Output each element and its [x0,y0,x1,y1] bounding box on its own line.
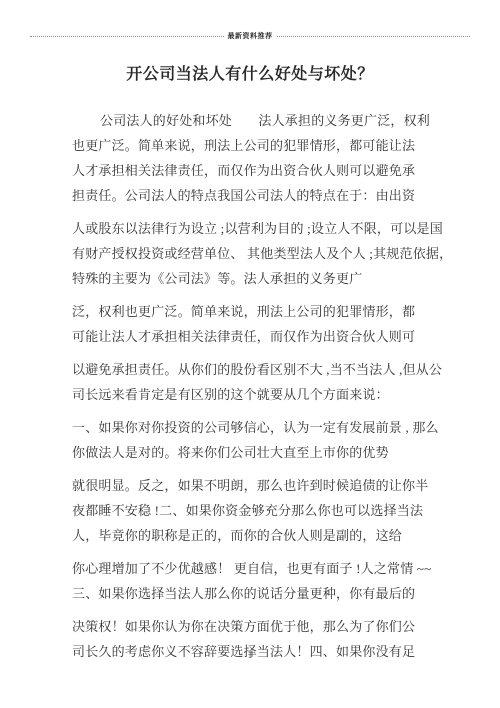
text-line: 就很明显。反之，如果不明朗，那么也许到时候追债的让你半 [72,473,438,498]
header-banner-label: 最新资料推荐 [224,31,277,41]
page-number: 1 [0,650,500,661]
text-line: 你做法人是对的。将来你们公司壮大直至上市你的优势 [72,440,438,465]
text-line: 有财产授权投资或经营单位、 其他类型法人及个人 ;其规范依据， [72,241,438,266]
document-title: 开公司当法人有什么好处与坏处？ [0,61,500,84]
paragraph: 泛，权利也更广泛。简单来说，刑法上公司的犯罪情形，都 可能让法人才承担相关法律责… [72,299,438,349]
header-banner: 最新资料推荐 [30,31,470,41]
text-line: 你心理增加了不少优越感！ 更自信，也更有面子 !人之常情 ~~ [72,556,438,581]
text-line: 司长远来看肯定是有区别的这个就要从几个方面来说： [72,382,438,407]
text-line: 人才承担相关法律责任，而仅作为出资合伙人则可以避免承 [72,158,438,183]
text-line: 决策权！如果你认为你在决策方面优于他，那么为了你们公 [72,614,438,639]
text-line: 担责任。公司法人的特点我国公司法人的特点在于：由出资 [72,183,438,208]
paragraph: 一、如果你对你投资的公司够信心，认为一定有发展前景 , 那么 你做法人是对的。将… [72,415,438,465]
dotted-rule-right [277,36,471,37]
paragraph: 人或股东以法律行为设立 ;以营利为目的 ;设立人不限，可以是国 有财产授权投资或… [72,216,438,291]
paragraph: 就很明显。反之，如果不明朗，那么也许到时候追债的让你半 夜都睡不安稳 !二、如果… [72,473,438,548]
text-line: 三、如果你选择当法人那么你的说话分量更种，你有最后的 [72,581,438,606]
paragraph: 公司法人的好处和坏处 法人承担的义务更广泛，权利 也更广泛。简单来说，刑法上公司… [72,108,438,208]
text-line: 公司法人的好处和坏处 法人承担的义务更广泛，权利 [72,108,438,133]
text-line: 一、如果你对你投资的公司够信心，认为一定有发展前景 , 那么 [72,415,438,440]
text-line: 可能让法人才承担相关法律责任，而仅作为出资合伙人则可 [72,324,438,349]
paragraph: 你心理增加了不少优越感！ 更自信，也更有面子 !人之常情 ~~ 三、如果你选择当… [72,556,438,606]
document-page: 最新资料推荐 开公司当法人有什么好处与坏处？ 公司法人的好处和坏处 法人承担的义… [0,0,500,708]
text-line: 夜都睡不安稳 !二、如果你资金够充分那么你也可以选择当法 [72,498,438,523]
paragraph: 以避免承担责任。从你们的股份看区别不大 ,当不当法人 ,但从公 司长远来看肯定是… [72,357,438,407]
text-line: 以避免承担责任。从你们的股份看区别不大 ,当不当法人 ,但从公 [72,357,438,382]
text-line: 也更广泛。简单来说，刑法上公司的犯罪情形，都可能让法 [72,133,438,158]
text-line: 泛，权利也更广泛。简单来说，刑法上公司的犯罪情形，都 [72,299,438,324]
text-line: 人或股东以法律行为设立 ;以营利为目的 ;设立人不限，可以是国 [72,216,438,241]
text-line: 特殊的主要为《公司法》等。法人承担的义务更广 [72,266,438,291]
text-line: 人，毕竟你的职称是正的，而你的合伙人则是副的，这给 [72,523,438,548]
dotted-rule-left [30,36,224,37]
document-body: 公司法人的好处和坏处 法人承担的义务更广泛，权利 也更广泛。简单来说，刑法上公司… [72,108,438,672]
